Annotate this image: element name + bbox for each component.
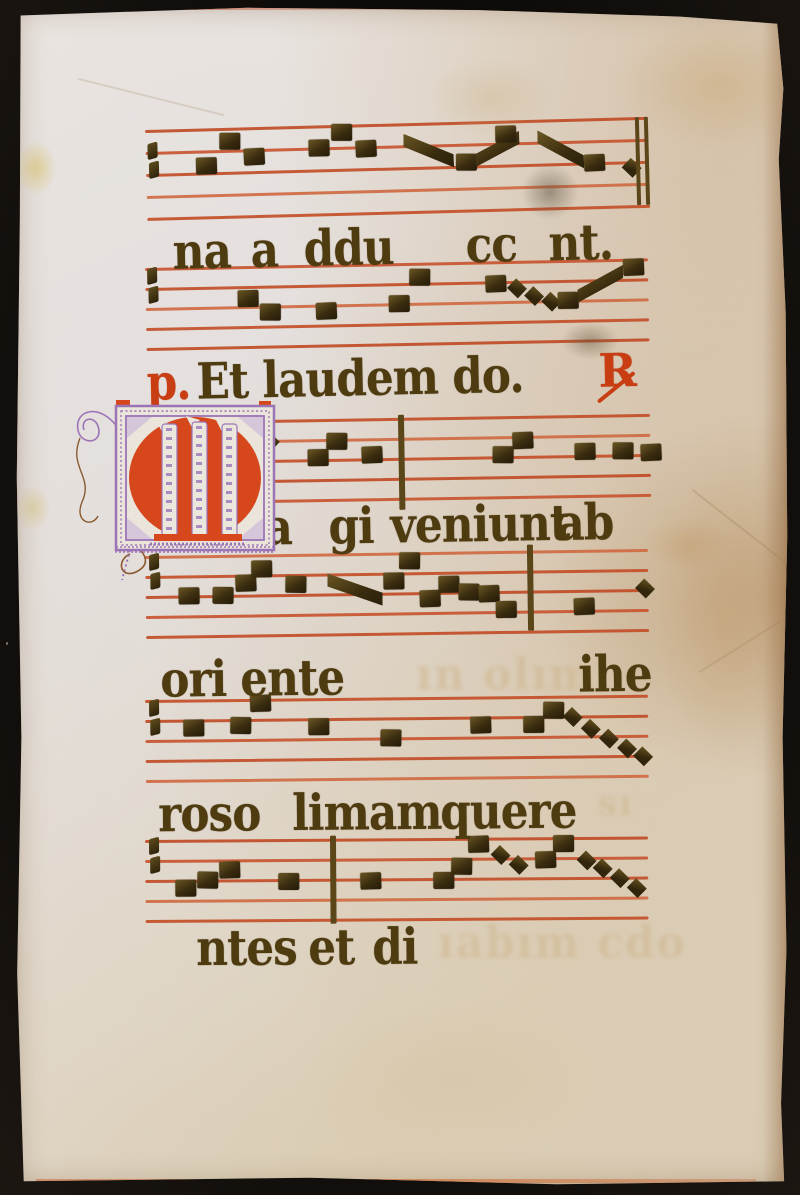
neume-square bbox=[383, 572, 404, 589]
chant-word: ihe bbox=[578, 644, 652, 703]
chant-word: quere bbox=[440, 781, 577, 841]
neume-square bbox=[219, 861, 241, 879]
neume-square bbox=[360, 872, 382, 890]
chant-word: et bbox=[308, 918, 354, 977]
staff-line bbox=[146, 318, 649, 331]
neume-square bbox=[458, 583, 479, 600]
chant-text-line: rosolimamquere bbox=[16, 780, 716, 846]
stain bbox=[296, 996, 616, 1166]
neume-square bbox=[558, 292, 579, 309]
neume-oblique bbox=[403, 132, 454, 168]
neume-square bbox=[495, 125, 516, 143]
clef-mark bbox=[149, 160, 159, 179]
neume-square bbox=[243, 147, 265, 165]
neume-square bbox=[260, 304, 281, 321]
illuminated-initial-M bbox=[66, 398, 281, 590]
neume-square bbox=[237, 290, 258, 307]
chant-word: limam bbox=[292, 782, 442, 842]
neume-square bbox=[355, 140, 377, 158]
neume-square bbox=[512, 431, 534, 449]
neume-square bbox=[219, 133, 240, 150]
neume-square bbox=[380, 729, 401, 746]
neume-square bbox=[326, 433, 347, 450]
chant-word: cc bbox=[465, 215, 518, 274]
clef-mark bbox=[150, 718, 160, 737]
neume-square bbox=[361, 446, 383, 464]
chant-word: a bbox=[250, 220, 279, 279]
neume-square bbox=[278, 873, 299, 890]
neume-square bbox=[456, 153, 477, 170]
chant-word: ori bbox=[160, 649, 227, 708]
neume-square bbox=[485, 275, 507, 293]
neume-square bbox=[183, 719, 204, 736]
neume-square bbox=[308, 139, 329, 157]
neume-square bbox=[175, 880, 196, 897]
neume-square bbox=[389, 295, 410, 312]
neume-square bbox=[451, 858, 472, 875]
chant-word: nt. bbox=[548, 212, 614, 272]
neume-square bbox=[478, 585, 500, 603]
staff-line bbox=[146, 629, 649, 639]
double-bar-line bbox=[644, 117, 650, 205]
neume-square bbox=[331, 123, 352, 140]
dust-speck bbox=[6, 642, 8, 645]
neume-diamond bbox=[610, 868, 630, 888]
neume-diamond bbox=[635, 579, 655, 599]
chant-text-line: orienteihe bbox=[16, 643, 717, 712]
neume-square bbox=[419, 590, 441, 608]
neume-square bbox=[197, 871, 218, 888]
staff-line bbox=[263, 474, 651, 483]
staff-line bbox=[146, 161, 649, 177]
neume-square bbox=[230, 717, 251, 734]
neume-square bbox=[496, 601, 517, 618]
neume-square bbox=[584, 154, 606, 172]
chant-word: veniunt bbox=[390, 493, 570, 554]
bar-line bbox=[330, 836, 337, 924]
staff-line bbox=[145, 117, 648, 133]
neume-diamond bbox=[491, 845, 511, 865]
neume-square bbox=[196, 158, 217, 176]
music-staff bbox=[145, 836, 649, 928]
chant-word: na bbox=[172, 221, 231, 281]
chant-word: ntes bbox=[196, 918, 297, 977]
red-stained-bottom-edge bbox=[36, 1179, 756, 1183]
neume-diamond bbox=[599, 729, 619, 749]
browned-right-edge bbox=[762, 6, 788, 1186]
chant-word: ab bbox=[556, 493, 614, 552]
neume-square bbox=[612, 442, 633, 459]
staff-line bbox=[145, 896, 648, 903]
neume-oblique bbox=[327, 573, 382, 607]
photo-background: naadduccnt.p.Et laudem do.Ragiveniuntabo… bbox=[0, 0, 800, 1195]
crease bbox=[78, 78, 224, 116]
neume-square bbox=[308, 718, 329, 735]
clef-mark bbox=[147, 141, 157, 160]
neume-square bbox=[438, 576, 459, 593]
manuscript-leaf: naadduccnt.p.Et laudem do.Ragiveniuntabo… bbox=[16, 6, 788, 1186]
chant-word: ente bbox=[240, 648, 344, 708]
clef-mark bbox=[148, 286, 158, 305]
neume-square bbox=[535, 851, 557, 869]
neume-square bbox=[307, 449, 328, 466]
bar-line bbox=[527, 545, 534, 631]
chant-word: di bbox=[372, 917, 418, 976]
music-staff bbox=[145, 117, 650, 226]
chant-text-line: ntesetdi bbox=[16, 915, 716, 980]
neume-square bbox=[574, 443, 595, 460]
staff-line bbox=[262, 434, 650, 443]
neume-square bbox=[640, 443, 662, 461]
initial-artwork bbox=[66, 398, 281, 590]
neume-diamond bbox=[563, 707, 583, 727]
neume-square bbox=[573, 597, 595, 615]
staff-line bbox=[146, 755, 649, 763]
red-stained-top-edge bbox=[76, 7, 476, 10]
chant-word: gi bbox=[328, 496, 374, 555]
chant-word: roso bbox=[158, 784, 261, 843]
stain bbox=[16, 142, 56, 194]
rubric-word: R bbox=[598, 343, 636, 398]
neume-square bbox=[315, 302, 337, 320]
staff-line bbox=[147, 183, 650, 199]
neume-square bbox=[493, 446, 514, 463]
neume-diamond bbox=[627, 878, 647, 898]
staff-line bbox=[262, 414, 650, 423]
clef-mark bbox=[150, 856, 160, 875]
neume-square bbox=[285, 576, 306, 593]
chant-word: ddu bbox=[303, 217, 394, 277]
neume-square bbox=[470, 716, 492, 734]
neume-square bbox=[523, 716, 544, 733]
